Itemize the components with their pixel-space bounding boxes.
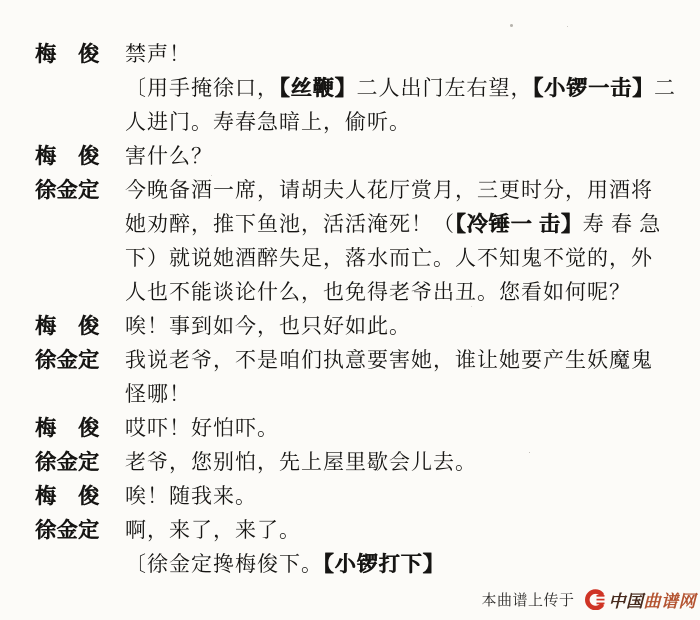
percussion-notation: 【冷锤一 击】 [455, 212, 583, 236]
dialogue-text: 唉！随我来。 [125, 479, 675, 513]
speaker-name [35, 241, 125, 275]
dialogue-segment: 她劝醉，推下鱼池，活活淹死！（ [125, 212, 455, 236]
dialogue-segment: 怪哪！ [125, 382, 191, 406]
dialogue-text: 〔徐金定搀梅俊下。【小锣打下】 [125, 547, 675, 581]
scanned-script-page: 梅 俊禁声！〔用手掩徐口，【丝鞭】二人出门左右望，【小锣一击】二人进门。寿春急暗… [0, 0, 700, 620]
script-line: 徐金定啊，来了，来了。 [35, 513, 675, 547]
speaker-name [35, 377, 125, 411]
watermark-text: 本曲谱上传于 [481, 589, 574, 610]
script-line: 梅 俊哎吓！好怕吓。 [35, 411, 675, 445]
script-line: 人也不能谈论什么，也免得老爷出丑。您看如何呢？ [35, 275, 675, 309]
dialogue-segment: 下）就说她酒醉失足，落水而亡。人不知鬼不觉的，外 [125, 246, 653, 270]
speaker-name: 徐金定 [35, 445, 125, 479]
speaker-name [35, 105, 125, 139]
dialogue-text: 老爷，您别怕，先上屋里歇会儿去。 [125, 445, 675, 479]
script-line: 〔徐金定搀梅俊下。【小锣打下】 [35, 547, 675, 581]
dialogue-text: 哎吓！好怕吓。 [125, 411, 675, 445]
speaker-name [35, 71, 125, 105]
dialogue-text: 〔用手掩徐口，【丝鞭】二人出门左右望，【小锣一击】二 [125, 71, 676, 105]
dialogue-segment: 啊，来了，来了。 [125, 518, 301, 542]
script-line: 梅 俊唉！事到如今，也只好如此。 [35, 309, 675, 343]
dialogue-text: 我说老爷，不是咱们执意要害她，谁让她要产生妖魔鬼 [125, 343, 675, 377]
speaker-name: 梅 俊 [35, 309, 125, 343]
dialogue-segment: 〔徐金定搀梅俊下。 [125, 552, 323, 576]
watermark: 本曲谱上传于 中国曲谱网 [481, 586, 696, 612]
percussion-notation: 【小锣打下】 [323, 552, 445, 576]
dialogue-segment: 哎吓！好怕吓。 [125, 416, 279, 440]
script-line: 徐金定今晚备酒一席，请胡夫人花厅赏月，三更时分，用酒将 [35, 173, 675, 207]
script-line: 梅 俊害什么？ [35, 139, 675, 173]
site-name-cn: 中国 [609, 592, 644, 611]
dialogue-segment: 〔用手掩徐口， [125, 76, 279, 100]
script-line: 徐金定我说老爷，不是咱们执意要害她，谁让她要产生妖魔鬼 [35, 343, 675, 377]
dialogue-segment: 唉！随我来。 [125, 484, 257, 508]
dialogue-text: 今晚备酒一席，请胡夫人花厅赏月，三更时分，用酒将 [125, 173, 675, 207]
dialogue-segment: 我说老爷，不是咱们执意要害她，谁让她要产生妖魔鬼 [125, 348, 653, 372]
speaker-name [35, 275, 125, 309]
dialogue-segment: 老爷，您别怕，先上屋里歇会儿去。 [125, 450, 477, 474]
dialogue-segment: 今晚备酒一席，请胡夫人花厅赏月，三更时分，用酒将 [125, 178, 653, 202]
dialogue-segment: 害什么？ [125, 144, 213, 168]
dialogue-segment: 禁声！ [125, 42, 191, 66]
dialogue-text: 下）就说她酒醉失足，落水而亡。人不知鬼不觉的，外 [125, 241, 675, 275]
dialogue-segment: 二人出门左右望， [357, 76, 533, 100]
speaker-name: 梅 俊 [35, 37, 125, 71]
script-line: 她劝醉，推下鱼池，活活淹死！（【冷锤一 击】寿 春 急 [35, 207, 675, 241]
script-line: 徐金定老爷，您别怕，先上屋里歇会儿去。 [35, 445, 675, 479]
dialogue-segment: 人也不能谈论什么，也免得老爷出丑。您看如何呢？ [125, 280, 631, 304]
script-line: 〔用手掩徐口，【丝鞭】二人出门左右望，【小锣一击】二 [35, 71, 675, 105]
dialogue-text: 人进门。寿春急暗上，偷听。 [125, 105, 675, 139]
speaker-name [35, 207, 125, 241]
site-name-rest: 曲谱网 [644, 592, 697, 611]
qupu-logo-icon [584, 589, 606, 610]
dialogue-text: 怪哪！ [125, 377, 675, 411]
dialogue-text: 害什么？ [125, 139, 675, 173]
percussion-notation: 【小锣一击】 [533, 76, 655, 100]
speaker-name: 徐金定 [35, 513, 125, 547]
script-line: 下）就说她酒醉失足，落水而亡。人不知鬼不觉的，外 [35, 241, 675, 275]
dialogue-text: 唉！事到如今，也只好如此。 [125, 309, 675, 343]
script-line: 梅 俊禁声！ [35, 37, 675, 71]
qupu-logo: 中国曲谱网 [584, 587, 697, 612]
script-lines: 梅 俊禁声！〔用手掩徐口，【丝鞭】二人出门左右望，【小锣一击】二人进门。寿春急暗… [35, 37, 675, 581]
site-name: 中国曲谱网 [609, 587, 697, 612]
speaker-name: 梅 俊 [35, 479, 125, 513]
speaker-name: 梅 俊 [35, 139, 125, 173]
script-line: 怪哪！ [35, 377, 675, 411]
percussion-notation: 【丝鞭】 [279, 76, 357, 100]
dialogue-text: 啊，来了，来了。 [125, 513, 675, 547]
dialogue-text: 她劝醉，推下鱼池，活活淹死！（【冷锤一 击】寿 春 急 [125, 207, 675, 241]
dialogue-text: 禁声！ [125, 37, 675, 71]
dialogue-segment: 唉！事到如今，也只好如此。 [125, 314, 411, 338]
script-line: 梅 俊唉！随我来。 [35, 479, 675, 513]
dialogue-segment: 寿 春 急 [583, 212, 662, 236]
speaker-name: 梅 俊 [35, 411, 125, 445]
speaker-name [35, 547, 125, 581]
dialogue-segment: 二 [654, 76, 676, 100]
dialogue-segment: 人进门。寿春急暗上，偷听。 [125, 110, 411, 134]
script-line: 人进门。寿春急暗上，偷听。 [35, 105, 675, 139]
speaker-name: 徐金定 [35, 343, 125, 377]
speaker-name: 徐金定 [35, 173, 125, 207]
dialogue-text: 人也不能谈论什么，也免得老爷出丑。您看如何呢？ [125, 275, 675, 309]
